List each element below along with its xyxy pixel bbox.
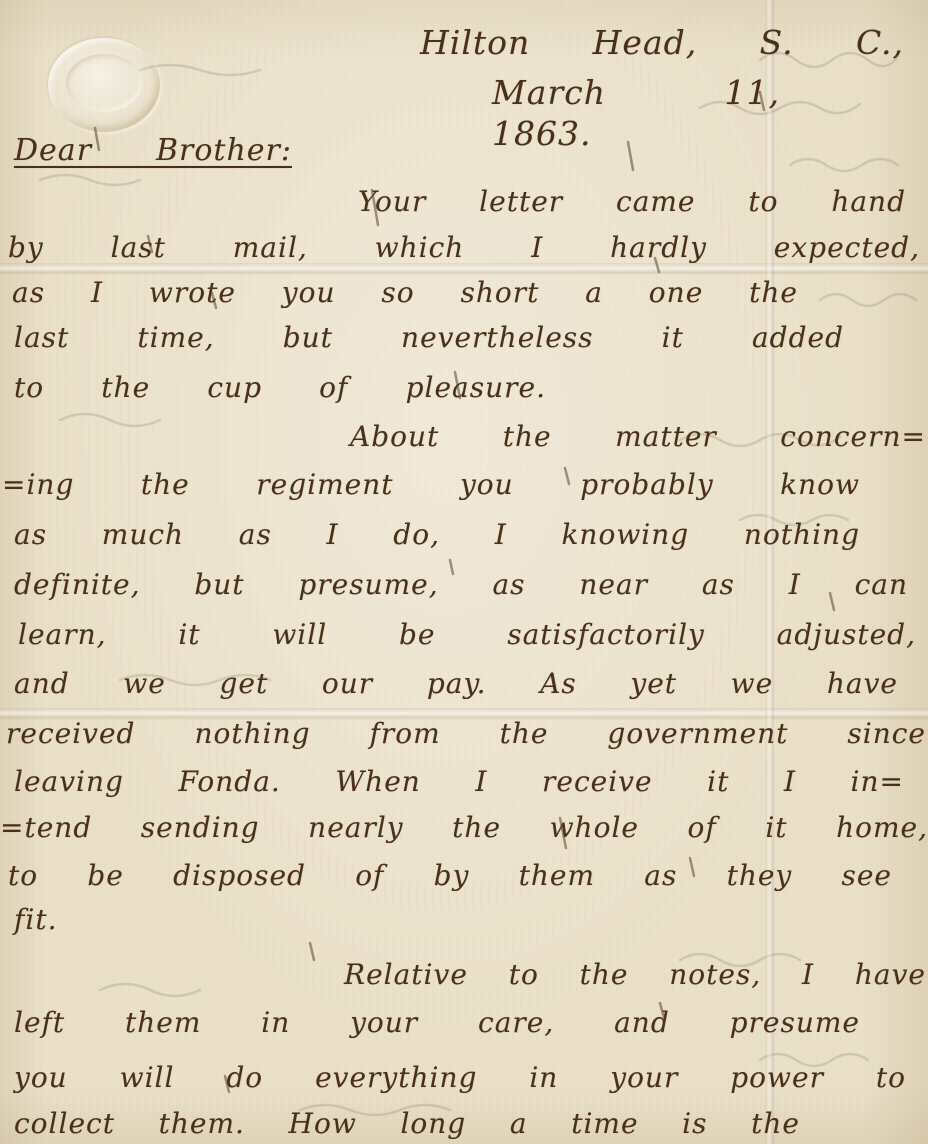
letter-line: as I wrote you so short a one the [12,275,798,310]
letter-line: collect them. How long a time is the [14,1106,800,1141]
letter-line: as much as I do, I knowing nothing [14,517,860,552]
heading-date-line: March 11, 1863. [492,72,780,155]
letter-line: definite, but presume, as near as I can [14,567,908,602]
embossed-seal [48,38,160,132]
heading-place-line: Hilton Head, S. C., [420,22,904,63]
letter-line: received nothing from the government sin… [6,716,926,751]
letter-line: to the cup of pleasure. [14,370,546,405]
letter-line: leaving Fonda. When I receive it I in= [14,764,904,799]
letter-line: you will do everything in your power to [14,1060,906,1095]
letter-line: Your letter came to hand [358,184,906,219]
salutation: Dear Brother: [14,132,292,170]
letter-line: left them in your care, and presume [14,1005,860,1040]
letter-line: by last mail, which I hardly expected, [8,230,920,265]
letter-line: Relative to the notes, I have [344,957,926,992]
letter-line: =tend sending nearly the whole of it hom… [0,810,928,845]
letter-line: About the matter concern= [350,419,926,454]
letter-line: to be disposed of by them as they see [8,858,892,893]
letter-line: learn, it will be satisfactorily adjuste… [18,617,916,652]
letter-line: and we get our pay. As yet we have [14,666,898,701]
letter-line: =ing the regiment you probably know [2,467,860,502]
letter-page: Hilton Head, S. C., March 11, 1863. Dear… [0,0,928,1144]
letter-line: fit. [14,902,134,937]
letter-line: last time, but nevertheless it added [14,320,844,355]
